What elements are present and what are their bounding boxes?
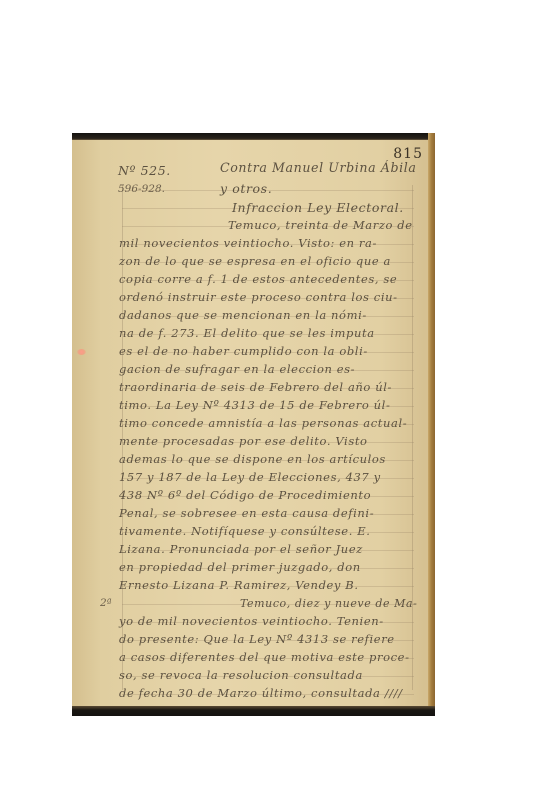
body-line: gacion de sufragar en la eleccion es- [119,362,355,376]
right-margin-line [412,185,413,690]
second-entry-line: yo de mil novecientos veintiocho. Tenien… [119,614,384,628]
entry-reference: 596-928. [118,183,165,195]
entry-number: Nº 525. [118,163,171,178]
body-line: dadanos que se mencionan en la nómi- [119,308,367,322]
second-entry-line: Temuco, diez y nueve de Ma- [240,596,417,610]
body-line: Lizana. Pronunciada por el señor Juez [119,542,363,556]
second-entry-margin-mark: 2ª [100,597,112,609]
book-spine-edge [428,133,435,716]
body-line: mente procesadas por ese delito. Visto [119,434,368,448]
page-number: 815 [393,146,423,162]
body-line: mil novecientos veintiocho. Visto: en ra… [119,236,377,250]
light-glare-spot [77,349,86,355]
entry-caption-line1: Contra Manuel Urbina Ábila [220,161,416,176]
scan-bottom-shadow [72,706,435,716]
body-line: Ernesto Lizana P. Ramirez, Vendey B. [119,578,359,592]
body-line: ordenó instruir este proceso contra los … [119,290,398,304]
second-entry-line: de fecha 30 de Marzo último, consultada … [119,686,403,700]
body-line: 438 Nº 6º del Código de Procedimiento [119,488,371,502]
body-line: es el de no haber cumplido con la obli- [119,344,368,358]
body-line: na de f. 273. El delito que se les imput… [119,326,375,340]
body-line: en propiedad del primer juzgado, don [119,560,361,574]
body-line: timo concede amnistía a las personas act… [119,416,407,430]
scan-top-shadow [72,133,435,140]
body-line: traordinaria de seis de Febrero del año … [119,380,392,394]
ledger-page: 815 Nº 525. 596-928. Contra Manuel Urbin… [72,133,435,716]
second-entry-line: so, se revoca la resolucion consultada [119,668,363,682]
entry-caption-line2: y otros. [220,181,272,196]
body-line: 157 y 187 de la Ley de Elecciones, 437 y [119,470,381,484]
second-entry-line: a casos diferentes del que motiva este p… [119,650,410,664]
entry-subject: Infraccion Ley Electoral. [232,200,404,215]
body-line: Temuco, treinta de Marzo de [228,218,413,232]
body-line: ademas lo que se dispone en los artículo… [119,452,386,466]
body-line: copia corre a f. 1 de estos antecedentes… [119,272,397,286]
body-line: timo. La Ley Nº 4313 de 15 de Febrero úl… [119,398,390,412]
second-entry-line: do presente: Que la Ley Nº 4313 se refie… [119,632,395,646]
body-line: Penal, se sobresee en esta causa defini- [119,506,374,520]
body-line: tivamente. Notifíquese y consúltese. E. [119,524,370,538]
body-line: zon de lo que se espresa en el oficio qu… [119,254,391,268]
